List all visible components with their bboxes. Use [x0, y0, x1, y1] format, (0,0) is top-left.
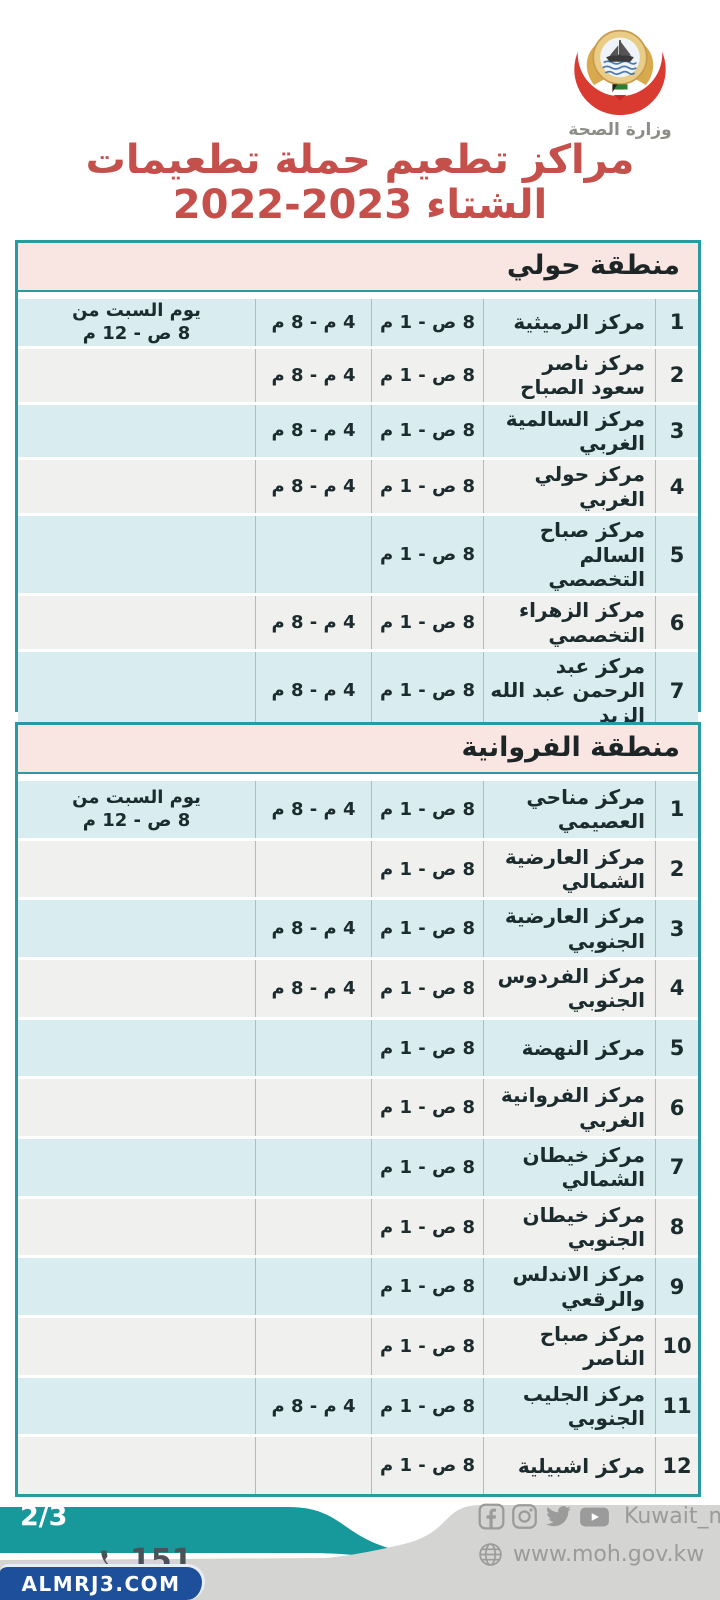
- title-line1: مراكز تطعيم حملة تطعيمات: [86, 137, 635, 183]
- row-number: 7: [656, 1139, 698, 1196]
- evening-hours: 4 م - 8 م: [256, 960, 372, 1017]
- morning-hours: 8 ص - 1 م: [372, 781, 484, 838]
- saturday-hours: [18, 1199, 256, 1256]
- center-name: مركز الرميثية: [484, 299, 656, 346]
- morning-hours: 8 ص - 1 م: [372, 900, 484, 957]
- saturday-hours: [18, 1079, 256, 1136]
- moh-kuwait-emblem-icon: [568, 16, 672, 116]
- morning-hours: 8 ص - 1 م: [372, 1378, 484, 1435]
- evening-hours: 4 م - 8 م: [256, 900, 372, 957]
- title-line2: الشتاء 2023-2022: [173, 182, 547, 228]
- saturday-hours: [18, 349, 256, 402]
- section-title: منطقة حولي: [18, 243, 698, 292]
- twitter-icon: [544, 1503, 573, 1530]
- table-row: 10 مركز صباح الناصر 8 ص - 1 م: [18, 1318, 698, 1375]
- row-number: 5: [656, 516, 698, 593]
- page-title: مراكز تطعيم حملة تطعيمات الشتاء 2023-202…: [0, 138, 720, 228]
- morning-hours: 8 ص - 1 م: [372, 1258, 484, 1315]
- saturday-hours: يوم السبت من8 ص - 12 م: [18, 781, 256, 838]
- table-row: 4 مركز الفردوس الجنوبي 8 ص - 1 م 4 م - 8…: [18, 960, 698, 1017]
- row-number: 7: [656, 652, 698, 729]
- center-name: مركز السالمية الغربي: [484, 405, 656, 458]
- morning-hours: 8 ص - 1 م: [372, 960, 484, 1017]
- morning-hours: 8 ص - 1 م: [372, 349, 484, 402]
- center-name: مركز اشبيلية: [484, 1437, 656, 1494]
- center-name: مركز الفردوس الجنوبي: [484, 960, 656, 1017]
- evening-hours: [256, 1258, 372, 1315]
- center-name: مركز صباح السالم التخصصي: [484, 516, 656, 593]
- saturday-hours: [18, 405, 256, 458]
- globe-icon: [478, 1542, 503, 1567]
- table-row: 5 مركز النهضة 8 ص - 1 م: [18, 1020, 698, 1077]
- table-row: 2 مركز العارضية الشمالي 8 ص - 1 م: [18, 841, 698, 898]
- row-number: 6: [656, 1079, 698, 1136]
- center-name: مركز الزهراء التخصصي: [484, 596, 656, 649]
- instagram-icon: [511, 1503, 538, 1530]
- morning-hours: 8 ص - 1 م: [372, 596, 484, 649]
- watermark-badge: ALMRJ3.COM: [0, 1564, 205, 1600]
- evening-hours: 4 م - 8 م: [256, 781, 372, 838]
- table-row: 7 مركز خيطان الشمالي 8 ص - 1 م: [18, 1139, 698, 1196]
- table-row: 1 مركز الرميثية 8 ص - 1 م 4 م - 8 م يوم …: [18, 299, 698, 346]
- evening-hours: [256, 1318, 372, 1375]
- morning-hours: 8 ص - 1 م: [372, 516, 484, 593]
- table-row: 8 مركز خيطان الجنوبي 8 ص - 1 م: [18, 1199, 698, 1256]
- saturday-hours: [18, 900, 256, 957]
- website-url: www.moh.gov.kw: [513, 1542, 704, 1567]
- row-number: 1: [656, 299, 698, 346]
- table-rows: 1 مركز مناحي العصيمي 8 ص - 1 م 4 م - 8 م…: [18, 774, 698, 1494]
- morning-hours: 8 ص - 1 م: [372, 1139, 484, 1196]
- morning-hours: 8 ص - 1 م: [372, 1437, 484, 1494]
- table-farwaniya: منطقة الفروانية 1 مركز مناحي العصيمي 8 ص…: [15, 722, 701, 1497]
- saturday-hours: [18, 1437, 256, 1494]
- morning-hours: 8 ص - 1 م: [372, 299, 484, 346]
- morning-hours: 8 ص - 1 م: [372, 460, 484, 513]
- table-row: 11 مركز الجليب الجنوبي 8 ص - 1 م 4 م - 8…: [18, 1378, 698, 1435]
- table-row: 6 مركز الفروانية الغربي 8 ص - 1 م: [18, 1079, 698, 1136]
- center-name: مركز النهضة: [484, 1020, 656, 1077]
- saturday-hours: [18, 1139, 256, 1196]
- table-rows: 1 مركز الرميثية 8 ص - 1 م 4 م - 8 م يوم …: [18, 292, 698, 729]
- saturday-hours: [18, 516, 256, 593]
- center-name: مركز الاندلس والرقعي: [484, 1258, 656, 1315]
- evening-hours: [256, 1079, 372, 1136]
- page-number: 2/3: [20, 1501, 67, 1532]
- morning-hours: 8 ص - 1 م: [372, 652, 484, 729]
- footer: 2/3 151 Kuwait_moh: [0, 1495, 720, 1600]
- table-row: 3 مركز السالمية الغربي 8 ص - 1 م 4 م - 8…: [18, 405, 698, 458]
- row-number: 10: [656, 1318, 698, 1375]
- center-name: مركز حولي الغربي: [484, 460, 656, 513]
- evening-hours: 4 م - 8 م: [256, 1378, 372, 1435]
- table-hawalli: منطقة حولي 1 مركز الرميثية 8 ص - 1 م 4 م…: [15, 240, 701, 712]
- morning-hours: 8 ص - 1 م: [372, 1020, 484, 1077]
- saturday-hours: [18, 841, 256, 898]
- saturday-hours: [18, 1020, 256, 1077]
- evening-hours: [256, 516, 372, 593]
- evening-hours: [256, 1139, 372, 1196]
- facebook-icon: [478, 1503, 505, 1530]
- evening-hours: 4 م - 8 م: [256, 596, 372, 649]
- table-row: 3 مركز العارضية الجنوبي 8 ص - 1 م 4 م - …: [18, 900, 698, 957]
- morning-hours: 8 ص - 1 م: [372, 405, 484, 458]
- row-number: 8: [656, 1199, 698, 1256]
- row-number: 5: [656, 1020, 698, 1077]
- row-number: 12: [656, 1437, 698, 1494]
- evening-hours: 4 م - 8 م: [256, 349, 372, 402]
- saturday-hours: [18, 596, 256, 649]
- evening-hours: [256, 1437, 372, 1494]
- saturday-hours: [18, 460, 256, 513]
- row-number: 3: [656, 405, 698, 458]
- evening-hours: [256, 841, 372, 898]
- saturday-hours: [18, 1378, 256, 1435]
- table-row: 7 مركز عبد الرحمن عبد الله الزيد 8 ص - 1…: [18, 652, 698, 729]
- center-name: مركز صباح الناصر: [484, 1318, 656, 1375]
- morning-hours: 8 ص - 1 م: [372, 1079, 484, 1136]
- section-title: منطقة الفروانية: [18, 725, 698, 774]
- evening-hours: [256, 1020, 372, 1077]
- center-name: مركز عبد الرحمن عبد الله الزيد: [484, 652, 656, 729]
- evening-hours: [256, 1199, 372, 1256]
- moh-logo: وزارة الصحة: [564, 16, 676, 140]
- morning-hours: 8 ص - 1 م: [372, 841, 484, 898]
- row-number: 2: [656, 349, 698, 402]
- saturday-hours: [18, 960, 256, 1017]
- social-links: Kuwait_moh: [478, 1503, 720, 1530]
- evening-hours: 4 م - 8 م: [256, 460, 372, 513]
- center-name: مركز الفروانية الغربي: [484, 1079, 656, 1136]
- table-row: 5 مركز صباح السالم التخصصي 8 ص - 1 م: [18, 516, 698, 593]
- morning-hours: 8 ص - 1 م: [372, 1318, 484, 1375]
- table-row: 2 مركز ناصر سعود الصباح 8 ص - 1 م 4 م - …: [18, 349, 698, 402]
- row-number: 4: [656, 960, 698, 1017]
- row-number: 6: [656, 596, 698, 649]
- saturday-hours: [18, 1258, 256, 1315]
- table-row: 6 مركز الزهراء التخصصي 8 ص - 1 م 4 م - 8…: [18, 596, 698, 649]
- center-name: مركز مناحي العصيمي: [484, 781, 656, 838]
- center-name: مركز العارضية الشمالي: [484, 841, 656, 898]
- center-name: مركز العارضية الجنوبي: [484, 900, 656, 957]
- table-row: 1 مركز مناحي العصيمي 8 ص - 1 م 4 م - 8 م…: [18, 781, 698, 838]
- social-handle: Kuwait_moh: [624, 1504, 720, 1529]
- center-name: مركز خيطان الجنوبي: [484, 1199, 656, 1256]
- row-number: 4: [656, 460, 698, 513]
- saturday-hours: [18, 1318, 256, 1375]
- website: www.moh.gov.kw: [478, 1542, 704, 1567]
- center-name: مركز ناصر سعود الصباح: [484, 349, 656, 402]
- youtube-icon: [579, 1503, 610, 1530]
- center-name: مركز الجليب الجنوبي: [484, 1378, 656, 1435]
- center-name: مركز خيطان الشمالي: [484, 1139, 656, 1196]
- table-row: 4 مركز حولي الغربي 8 ص - 1 م 4 م - 8 م: [18, 460, 698, 513]
- row-number: 3: [656, 900, 698, 957]
- row-number: 11: [656, 1378, 698, 1435]
- saturday-hours: يوم السبت من8 ص - 12 م: [18, 299, 256, 346]
- evening-hours: 4 م - 8 م: [256, 299, 372, 346]
- evening-hours: 4 م - 8 م: [256, 405, 372, 458]
- morning-hours: 8 ص - 1 م: [372, 1199, 484, 1256]
- table-row: 9 مركز الاندلس والرقعي 8 ص - 1 م: [18, 1258, 698, 1315]
- table-row: 12 مركز اشبيلية 8 ص - 1 م: [18, 1437, 698, 1494]
- row-number: 1: [656, 781, 698, 838]
- saturday-hours: [18, 652, 256, 729]
- flyer-page: وزارة الصحة مراكز تطعيم حملة تطعيمات الش…: [0, 0, 720, 1600]
- evening-hours: 4 م - 8 م: [256, 652, 372, 729]
- row-number: 9: [656, 1258, 698, 1315]
- row-number: 2: [656, 841, 698, 898]
